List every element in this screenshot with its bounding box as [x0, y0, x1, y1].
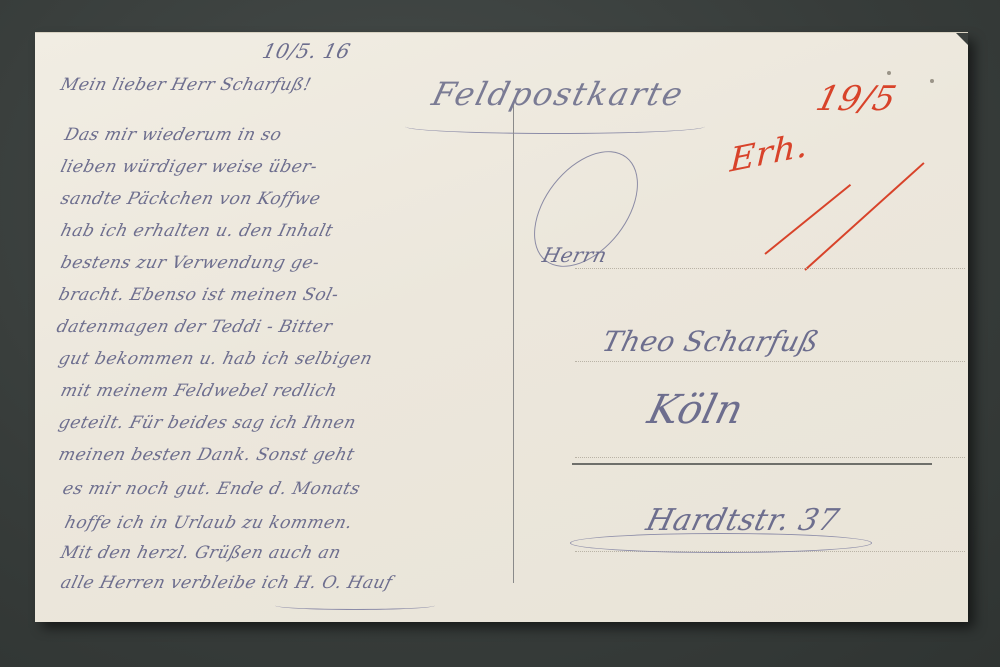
message-line: datenmagen der Teddi - Bitter	[55, 317, 335, 337]
message-line: bracht. Ebenso ist meinen Sol-	[57, 285, 341, 305]
message-line: geteilt. Für beides sag ich Ihnen	[57, 413, 359, 433]
paper-speck	[930, 79, 934, 83]
message-line: Mit den herzl. Grüßen auch an	[59, 543, 344, 563]
message-line: gut bekommen u. hab ich selbigen	[57, 349, 375, 369]
message-line: hoffe ich in Urlaub zu kommen.	[63, 513, 355, 533]
street-underline-flourish	[570, 533, 872, 553]
date: 10/5. 16	[260, 39, 353, 63]
message-line: sandte Päckchen von Koffwe	[59, 189, 323, 209]
message-line: Das mir wiederum in so	[63, 125, 284, 145]
postcard: 10/5. 16 Mein lieber Herr Scharfuß! Feld…	[35, 32, 968, 622]
receipt-note-date: 19/5	[812, 79, 900, 119]
address-name: Theo Scharfuß	[599, 325, 823, 358]
message-line: lieben würdiger weise über-	[59, 157, 320, 177]
receipt-note-prefix: Erh.	[729, 126, 808, 181]
signature-underline	[275, 601, 435, 610]
card-divider	[513, 105, 514, 583]
message-line: hab ich erhalten u. den Inhalt	[59, 221, 336, 241]
message-line: alle Herren verbleibe ich H. O. Hauf	[59, 573, 395, 593]
message-line: bestens zur Verwendung ge-	[59, 253, 322, 273]
address-city: Köln	[643, 387, 748, 433]
title-underline-flourish	[405, 119, 705, 134]
receipt-strike-1	[764, 184, 851, 255]
bent-corner	[956, 33, 968, 45]
greeting: Mein lieber Herr Scharfuß!	[59, 75, 314, 95]
address-line-3	[575, 457, 965, 458]
message-line: meinen besten Dank. Sonst geht	[57, 445, 357, 465]
address-line-2	[575, 361, 965, 362]
address-salutation: Herrn	[540, 243, 610, 267]
message-line: mit meinem Feldwebel redlich	[59, 381, 340, 401]
message-line: es mir noch gut. Ende d. Monats	[61, 479, 363, 499]
paper-speck	[887, 71, 891, 75]
receipt-strike-2	[804, 162, 924, 271]
address-rule	[572, 463, 932, 465]
card-title: Feldpostkarte	[428, 75, 688, 113]
address-line-1	[575, 268, 965, 269]
